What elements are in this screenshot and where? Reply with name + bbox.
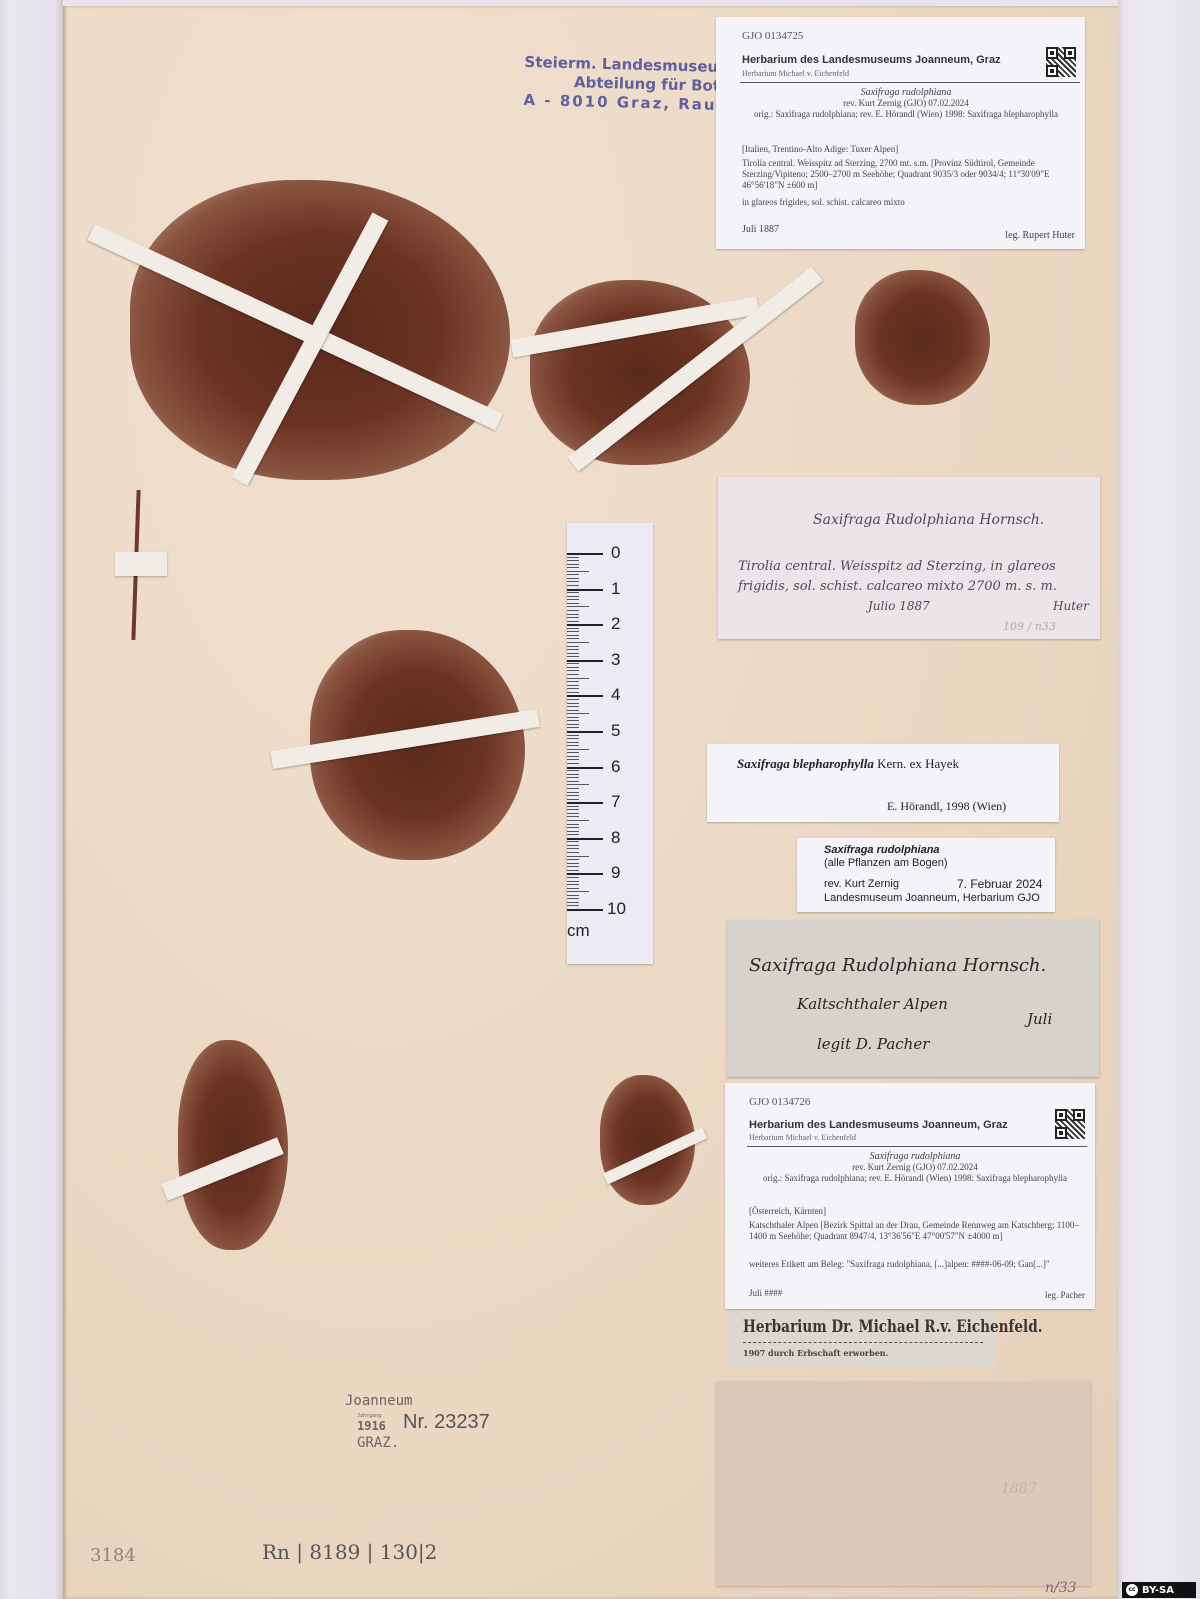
ruler-minor-tick (567, 742, 579, 743)
catalog-number: GJO 0134726 (749, 1097, 810, 1108)
ruler-minor-tick (567, 667, 579, 668)
region: [Österreich, Kärnten] (749, 1206, 826, 1217)
ruler-minor-tick (567, 610, 579, 611)
ruler-minor-tick (567, 834, 579, 835)
ruler-major-tick (567, 589, 603, 591)
faint-pencil-text: 1887 (1001, 1481, 1037, 1497)
ruler-minor-tick (567, 820, 589, 821)
ruler-minor-tick (567, 763, 579, 764)
habitat: in glareos frigides, sol. schist. calcar… (742, 197, 905, 208)
ruler-minor-tick (567, 799, 579, 800)
ruler-major-tick (567, 731, 603, 733)
ruler-minor-tick (567, 888, 579, 889)
ruler-minor-tick (567, 852, 579, 853)
collection-date: Juli #### (749, 1288, 782, 1299)
ruler-minor-tick (567, 621, 579, 622)
ruler-minor-tick (567, 816, 579, 817)
determination-label-2: Saxifraga rudolphiana (alle Pflanzen am … (797, 838, 1055, 912)
stamp-name: Joanneum (345, 1393, 412, 1409)
ruler-minor-tick (567, 574, 579, 575)
institution-name: Herbarium des Landesmuseums Joanneum, Gr… (742, 55, 1001, 66)
ruler-major-tick (567, 873, 603, 875)
ruler-minor-tick (567, 614, 579, 615)
scale-ruler: 012345678910 cm (567, 523, 653, 964)
ruler-minor-tick (567, 692, 579, 693)
det2-taxon: Saxifraga rudolphiana (824, 844, 940, 857)
eichenfeld-title: Herbarium Dr. Michael R.v. Eichenfeld. (743, 1317, 1042, 1337)
original-determination: orig.: Saxifraga rudolphiana; rev. E. Hö… (746, 109, 1066, 120)
ruler-minor-tick (567, 792, 579, 793)
collection-name: Herbarium Michael v. Eichenfeld (742, 68, 849, 79)
ruler-minor-tick (567, 738, 579, 739)
ruler-minor-tick (567, 756, 579, 757)
handwritten-locality-1: Tirolia central. Weisspitz ad Sterzing, … (738, 559, 1056, 574)
ruler-minor-tick (567, 571, 589, 572)
handwritten-label-2: Saxifraga Rudolphiana Hornsch. Kaltschth… (727, 920, 1099, 1077)
handwritten-taxon: Saxifraga Rudolphiana Hornsch. (813, 512, 1044, 528)
pencil-mark-left: 3184 (90, 1545, 136, 1566)
label-divider (747, 1146, 1087, 1147)
ruler-minor-tick (567, 663, 579, 664)
handwritten-signature: Huter (1053, 599, 1089, 613)
ruler-minor-tick (567, 898, 579, 899)
ruler-minor-tick (567, 877, 579, 878)
ruler-minor-tick (567, 870, 579, 871)
ruler-minor-tick (567, 881, 579, 882)
ruler-minor-tick (567, 749, 589, 750)
stamp-city: GRAZ. (357, 1435, 399, 1451)
ruler-minor-tick (567, 581, 579, 582)
ruler-number: 8 (611, 828, 620, 848)
ruler-minor-tick (567, 774, 579, 775)
locality: Tirolia central. Weisspitz ad Sterzing, … (742, 158, 1072, 191)
further-label-note: weiteres Etikett am Beleg: "Saxifraga ru… (749, 1259, 1094, 1270)
det2-note: (alle Pflanzen am Bogen) (824, 857, 948, 870)
ruler-minor-tick (567, 831, 579, 832)
ruler-number: 6 (611, 757, 620, 777)
ruler-number: 0 (611, 543, 620, 563)
ruler-number: 7 (611, 792, 620, 812)
ruler-major-tick (567, 695, 603, 697)
ruler-minor-tick (567, 617, 579, 618)
qr-code-icon (1046, 47, 1076, 77)
det2-institution: Landesmuseum Joanneum, Herbarium GJO (824, 892, 1040, 905)
handwritten-locality-2: Kaltschthaler Alpen (797, 995, 948, 1013)
ruler-minor-tick (567, 592, 579, 593)
stamp-year: 1916 (357, 1419, 386, 1433)
ruler-minor-tick (567, 813, 579, 814)
specimen-3 (855, 270, 990, 405)
handwritten-collector: legit D. Pacher (817, 1035, 929, 1053)
handwritten-month: Juli (1027, 1010, 1052, 1028)
license-badge: cc BY-SA (1122, 1582, 1196, 1598)
ruler-minor-tick (567, 784, 589, 785)
handwritten-label-1: Saxifraga Rudolphiana Hornsch. Tirolia c… (718, 477, 1100, 639)
collection-date: Juli 1887 (742, 224, 779, 235)
ruler-minor-tick (567, 770, 579, 771)
collector: leg. Pacher (1045, 1290, 1085, 1301)
ruler-minor-tick (567, 752, 579, 753)
collector: leg. Rupert Huter (1005, 230, 1075, 241)
ruler-number: 10 (607, 899, 626, 919)
ruler-minor-tick (567, 806, 579, 807)
blank-label: 1887 (716, 1381, 1091, 1586)
ruler-minor-tick (567, 845, 579, 846)
ruler-number: 1 (611, 579, 620, 599)
ruler-minor-tick (567, 720, 579, 721)
ruler-minor-tick (567, 891, 589, 892)
original-determination: orig.: Saxifraga rudolphiana; rev. E. Hö… (755, 1173, 1075, 1184)
institution-name: Herbarium des Landesmuseums Joanneum, Gr… (749, 1120, 1008, 1131)
cc-icon: cc (1126, 1584, 1138, 1596)
ruler-minor-tick (567, 599, 579, 600)
ruler-minor-tick (567, 727, 579, 728)
det-taxon-line: Saxifraga blepharophylla Kern. ex Hayek (737, 756, 959, 772)
ruler-minor-tick (567, 585, 579, 586)
ruler-minor-tick (567, 710, 579, 711)
ruler-minor-tick (567, 706, 579, 707)
taxon-name: Saxifraga rudolphiana (755, 1151, 1075, 1162)
specimen-label-top: GJO 0134725 Herbarium des Landesmuseums … (716, 17, 1085, 249)
ruler-minor-tick (567, 713, 589, 714)
eichenfeld-rule (743, 1342, 983, 1343)
ruler-minor-tick (567, 681, 579, 682)
ruler-minor-tick (567, 788, 579, 789)
collection-name: Herbarium Michael v. Eichenfeld (749, 1132, 856, 1143)
ruler-minor-tick (567, 895, 579, 896)
revision: rev. Kurt Zernig (GJO) 07.02.2024 (746, 98, 1066, 109)
ruler-minor-tick (567, 905, 579, 906)
ruler-minor-tick (567, 596, 579, 597)
accession-stamp: Joanneum Jahrgang 1916 Nr. 23237 GRAZ. (345, 1393, 412, 1409)
ruler-minor-tick (567, 688, 579, 689)
background-right (1118, 0, 1200, 1599)
eichenfeld-subtitle: 1907 durch Erbschaft erworben. (743, 1348, 888, 1358)
specimen-label-bottom: GJO 0134726 Herbarium des Landesmuseums … (725, 1083, 1095, 1309)
ruler-major-tick (567, 767, 603, 769)
ruler-unit: cm (567, 921, 590, 941)
ruler-minor-tick (567, 674, 579, 675)
det2-date: 7. Februar 2024 (957, 878, 1042, 891)
eichenfeld-label: Herbarium Dr. Michael R.v. Eichenfeld. 1… (728, 1312, 996, 1368)
ruler-minor-tick (567, 841, 579, 842)
label-divider (740, 82, 1080, 83)
ruler-minor-tick (567, 884, 579, 885)
ruler-major-tick (567, 802, 603, 804)
ruler-major-tick (567, 838, 603, 840)
ruler-minor-tick (567, 649, 579, 650)
ruler-number: 2 (611, 614, 620, 634)
ruler-minor-tick (567, 628, 579, 629)
ruler-minor-tick (567, 717, 579, 718)
ruler-minor-tick (567, 866, 579, 867)
ruler-minor-tick (567, 724, 579, 725)
ruler-major-tick (567, 624, 603, 626)
ruler-minor-tick (567, 635, 579, 636)
ruler-major-tick (567, 553, 603, 555)
ruler-minor-tick (567, 809, 579, 810)
ruler-minor-tick (567, 685, 579, 686)
det-taxon: Saxifraga blepharophylla (737, 756, 874, 771)
ruler-number: 3 (611, 650, 620, 670)
qr-code-icon (1055, 1109, 1085, 1139)
determiner: E. Hörandl, 1998 (Wien) (887, 799, 1006, 814)
det-authority: Kern. ex Hayek (877, 756, 959, 771)
handwritten-date: Julio 1887 (868, 599, 930, 613)
ruler-minor-tick (567, 859, 579, 860)
ruler-minor-tick (567, 606, 589, 607)
revision: rev. Kurt Zernig (GJO) 07.02.2024 (755, 1162, 1075, 1173)
ruler-minor-tick (567, 703, 579, 704)
ruler-minor-tick (567, 603, 579, 604)
locality: Katschthaler Alpen [Bezirk Spittal an de… (749, 1220, 1084, 1242)
pencil-note: 109 / n33 (1003, 620, 1056, 633)
handwritten-locality-2: frigidis, sol. schist. calcareo mixto 27… (738, 579, 1057, 594)
pencil-mark-bottom-right: n/33 (1045, 1580, 1077, 1596)
ruler-minor-tick (567, 699, 579, 700)
ruler-minor-tick (567, 856, 589, 857)
ruler-minor-tick (567, 824, 579, 825)
ruler-minor-tick (567, 735, 579, 736)
ruler-minor-tick (567, 642, 589, 643)
stamp-number: Nr. 23237 (403, 1411, 490, 1434)
ruler-minor-tick (567, 759, 579, 760)
ruler-minor-tick (567, 656, 579, 657)
determination-label-1: Saxifraga blepharophylla Kern. ex Hayek … (707, 744, 1059, 822)
ruler-minor-tick (567, 848, 579, 849)
ruler-minor-tick (567, 777, 579, 778)
license-text: BY-SA (1142, 1585, 1174, 1596)
ruler-minor-tick (567, 781, 579, 782)
ruler-minor-tick (567, 902, 579, 903)
region: [Italien, Trentino-Alto Adige: Tuxer Alp… (742, 144, 898, 155)
taxon-name: Saxifraga rudolphiana (746, 87, 1066, 98)
ruler-minor-tick (567, 653, 579, 654)
ruler-minor-tick (567, 564, 579, 565)
catalog-number: GJO 0134725 (742, 31, 803, 42)
ruler-major-tick (567, 660, 603, 662)
ruler-minor-tick (567, 638, 579, 639)
ruler-minor-tick (567, 795, 579, 796)
ruler-minor-tick (567, 557, 579, 558)
ruler-minor-tick (567, 745, 579, 746)
ruler-major-tick (567, 909, 603, 911)
ruler-minor-tick (567, 827, 579, 828)
ruler-minor-tick (567, 678, 589, 679)
det2-reviser: rev. Kurt Zernig (824, 878, 899, 891)
ruler-minor-tick (567, 863, 579, 864)
handwritten-taxon-2: Saxifraga Rudolphiana Hornsch. (749, 955, 1046, 976)
ruler-minor-tick (567, 670, 579, 671)
ruler-minor-tick (567, 560, 579, 561)
ruler-minor-tick (567, 567, 579, 568)
ruler-minor-tick (567, 578, 579, 579)
ruler-number: 5 (611, 721, 620, 741)
pencil-mark-middle: Rn | 8189 | 130|2 (262, 1540, 437, 1564)
ruler-number: 4 (611, 685, 620, 705)
background-left (0, 0, 63, 1599)
mounting-strap-small (115, 552, 167, 576)
ruler-minor-tick (567, 631, 579, 632)
ruler-minor-tick (567, 646, 579, 647)
ruler-number: 9 (611, 863, 620, 883)
